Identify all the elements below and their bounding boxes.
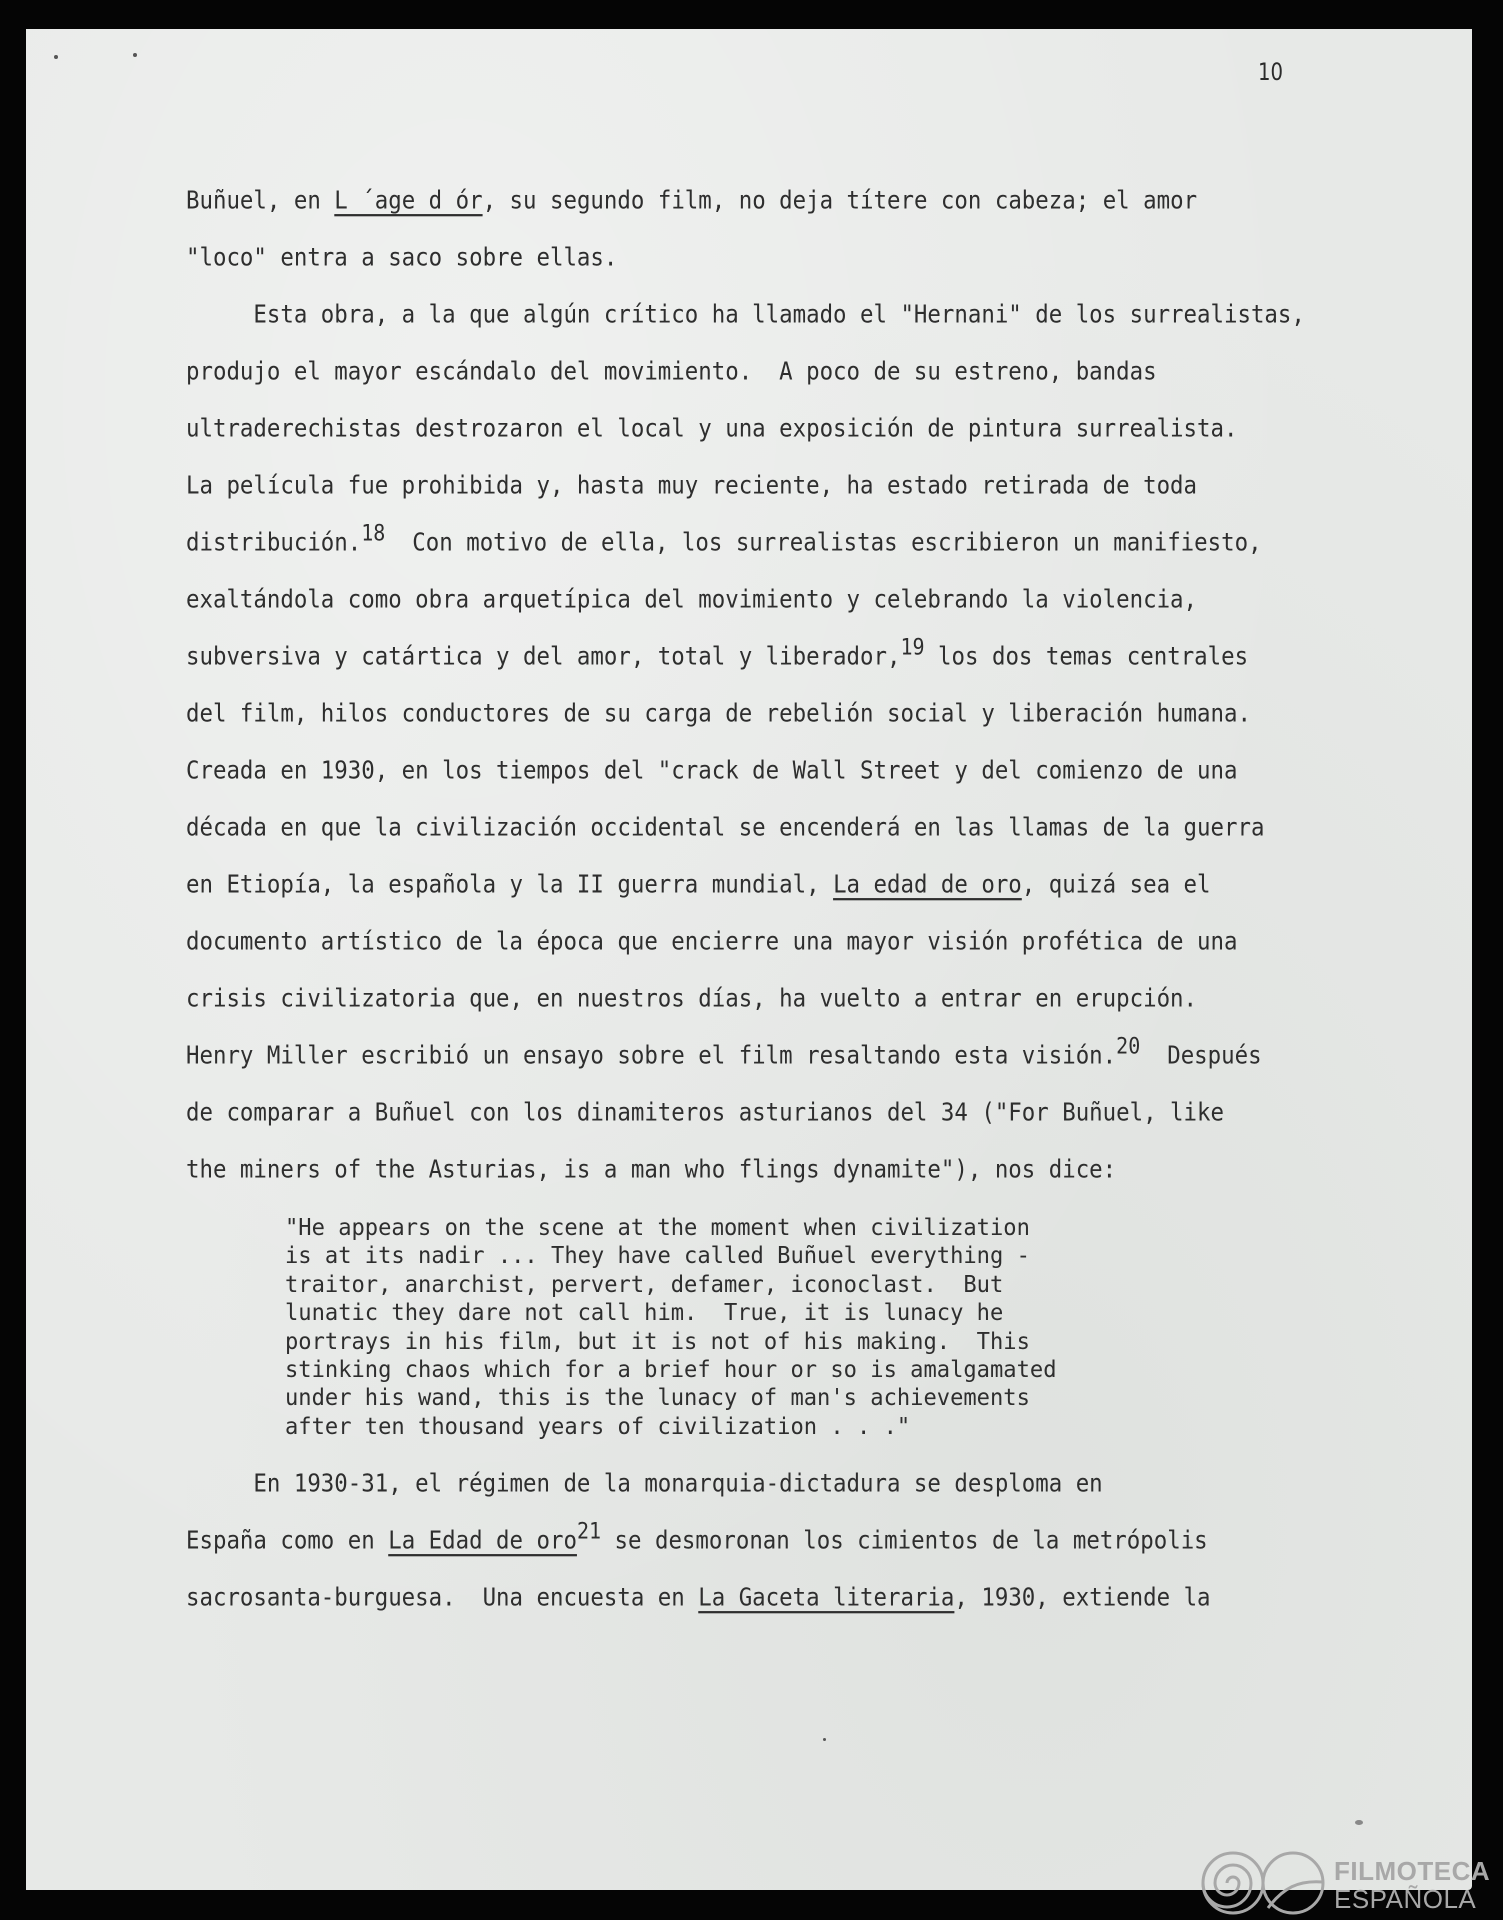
text-run: de comparar a Buñuel con los dinamiteros… [186, 1098, 1224, 1127]
body-line: crisis civilizatoria que, en nuestros dí… [186, 986, 1197, 1011]
text-run: sacrosanta-burguesa. Una encuesta en [186, 1583, 698, 1612]
footnote-ref: 19 [900, 633, 924, 660]
body-line: Henry Miller escribió un ensayo sobre el… [186, 1043, 1262, 1068]
text-run: , su segundo film, no deja títere con ca… [483, 186, 1197, 215]
text-run: , 1930, extiende la [954, 1583, 1210, 1612]
body-line: the miners of the Asturias, is a man who… [186, 1157, 1116, 1182]
body-line: ultraderechistas destrozaron el local y … [186, 416, 1237, 441]
footnote-ref: 20 [1116, 1032, 1140, 1059]
text-run: La película fue prohibida y, hasta muy r… [186, 471, 1197, 500]
text-run: ultraderechistas destrozaron el local y … [186, 414, 1237, 443]
text-run: produjo el mayor escándalo del movimient… [186, 357, 1157, 386]
text-run: los dos temas centrales [925, 642, 1249, 671]
body-line: Buñuel, en L ´age d ór, su segundo film,… [186, 188, 1197, 213]
text-run: España como en [186, 1526, 388, 1555]
closing-line: sacrosanta-burguesa. Una encuesta en La … [186, 1585, 1211, 1610]
underlined-title: L ´age d ór [334, 186, 482, 215]
text-run: en Etiopía, la española y la II guerra m… [186, 870, 833, 899]
text-run: Esta obra, a la que algún crítico ha lla… [186, 300, 1305, 329]
text-run: En 1930-31, el régimen de la monarquia-d… [186, 1469, 1103, 1498]
text-run: , quizá sea el [1022, 870, 1211, 899]
page-number: 10 [1258, 58, 1283, 86]
body-line: "loco" entra a saco sobre ellas. [186, 245, 617, 270]
scan-speck [133, 53, 137, 57]
footnote-ref: 18 [361, 519, 385, 546]
body-line: documento artístico de la época que enci… [186, 929, 1237, 954]
watermark-line1: FILMOTECA [1334, 1856, 1490, 1887]
text-run: documento artístico de la época que enci… [186, 927, 1237, 956]
text-run: Después [1140, 1041, 1261, 1070]
body-line: produjo el mayor escándalo del movimient… [186, 359, 1157, 384]
spiral-film-reels-icon [1198, 1848, 1328, 1918]
text-run: Creada en 1930, en los tiempos del "crac… [186, 756, 1237, 785]
body-line: distribución.18 Con motivo de ella, los … [186, 530, 1262, 555]
quote-line: portrays in his film, but it is not of h… [285, 1329, 1030, 1352]
body-line: de comparar a Buñuel con los dinamiteros… [186, 1100, 1224, 1125]
quote-line: is at its nadir ... They have called Buñ… [285, 1244, 1030, 1267]
quote-line: lunatic they dare not call him. True, it… [285, 1301, 1003, 1324]
quote-line: "He appears on the scene at the moment w… [285, 1216, 1030, 1239]
scan-speck [1355, 1820, 1363, 1825]
text-run: subversiva y catártica y del amor, total… [186, 642, 900, 671]
scan-speck [823, 1738, 826, 1741]
underlined-title: La Edad de oro [388, 1526, 577, 1555]
body-line: del film, hilos conductores de su carga … [186, 701, 1251, 726]
text-run: década en que la civilización occidental… [186, 813, 1264, 842]
body-line: La película fue prohibida y, hasta muy r… [186, 473, 1197, 498]
footnote-ref: 21 [577, 1517, 601, 1544]
filmoteca-watermark: FILMOTECA ESPAÑOLA [1198, 1848, 1498, 1918]
text-run: the miners of the Asturias, is a man who… [186, 1155, 1116, 1184]
quote-line: under his wand, this is the lunacy of ma… [285, 1386, 1030, 1409]
quote-line: stinking chaos which for a brief hour or… [285, 1358, 1057, 1381]
watermark-line2: ESPAÑOLA [1334, 1884, 1476, 1915]
closing-line: España como en La Edad de oro21 se desmo… [186, 1528, 1208, 1553]
scan-speck [54, 55, 58, 59]
underlined-title: La Gaceta literaria [698, 1583, 954, 1612]
text-run: del film, hilos conductores de su carga … [186, 699, 1251, 728]
text-run: se desmoronan los cimientos de la metróp… [601, 1526, 1208, 1555]
quote-line: after ten thousand years of civilization… [285, 1415, 910, 1438]
text-run: Buñuel, en [186, 186, 334, 215]
quote-line: traitor, anarchist, pervert, defamer, ic… [285, 1273, 1003, 1296]
text-run: distribución. [186, 528, 361, 557]
text-run: exaltándola como obra arquetípica del mo… [186, 585, 1197, 614]
text-run: crisis civilizatoria que, en nuestros dí… [186, 984, 1197, 1013]
body-line: década en que la civilización occidental… [186, 815, 1264, 840]
text-run: "loco" entra a saco sobre ellas. [186, 243, 617, 272]
body-line: Creada en 1930, en los tiempos del "crac… [186, 758, 1237, 783]
text-run: Con motivo de ella, los surrealistas esc… [385, 528, 1261, 557]
body-line: Esta obra, a la que algún crítico ha lla… [186, 302, 1305, 327]
body-line: exaltándola como obra arquetípica del mo… [186, 587, 1197, 612]
body-line: en Etiopía, la española y la II guerra m… [186, 872, 1211, 897]
text-run: Henry Miller escribió un ensayo sobre el… [186, 1041, 1116, 1070]
underlined-title: La edad de oro [833, 870, 1022, 899]
body-line: subversiva y catártica y del amor, total… [186, 644, 1248, 669]
closing-line: En 1930-31, el régimen de la monarquia-d… [186, 1471, 1103, 1496]
